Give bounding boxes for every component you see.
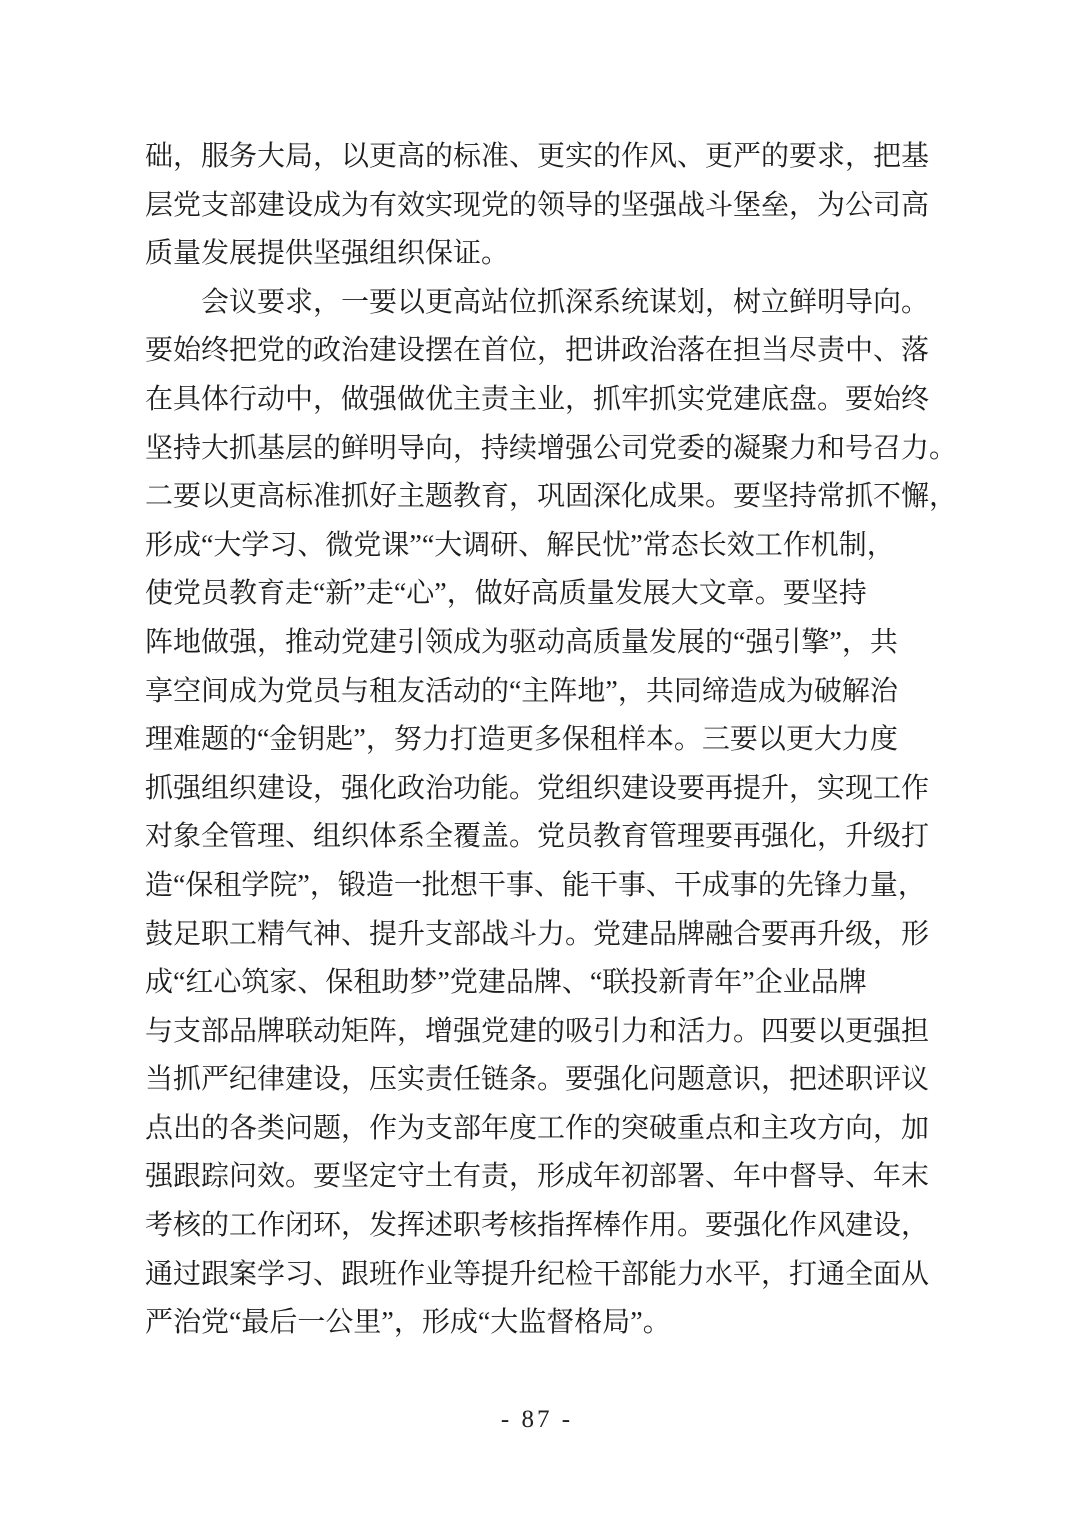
document-body: 础，服务大局，以更高的标准、更实的作风、更严的要求，把基层党支部建设成为有效实现… (145, 133, 935, 1348)
text-line: 二要以更高标准抓好主题教育，巩固深化成果。要坚持常抓不懈， (145, 473, 935, 522)
text-line: 理难题的“金钥匙”，努力打造更多保租样本。三要以更大力度 (145, 716, 935, 765)
text-line: 强跟踪问效。要坚定守土有责，形成年初部署、年中督导、年末 (145, 1153, 935, 1202)
text-line: 对象全管理、组织体系全覆盖。党员教育管理要再强化，升级打 (145, 813, 935, 862)
text-line: 使党员教育走“新”走“心”，做好高质量发展大文章。要坚持 (145, 570, 935, 619)
text-line: 造“保租学院”，锻造一批想干事、能干事、干成事的先锋力量， (145, 862, 935, 911)
text-line: 当抓严纪律建设，压实责任链条。要强化问题意识，把述职评议 (145, 1056, 935, 1105)
text-line: 在具体行动中，做强做优主责主业，抓牢抓实党建底盘。要始终 (145, 376, 935, 425)
text-line: 质量发展提供坚强组织保证。 (145, 230, 935, 279)
text-line: 要始终把党的政治建设摆在首位，把讲政治落在担当尽责中、落 (145, 327, 935, 376)
text-line: 鼓足职工精气神、提升支部战斗力。党建品牌融合要再升级，形 (145, 911, 935, 960)
text-line: 与支部品牌联动矩阵，增强党建的吸引力和活力。四要以更强担 (145, 1008, 935, 1057)
text-line: 严治党“最后一公里”，形成“大监督格局”。 (145, 1299, 935, 1348)
text-line: 通过跟案学习、跟班作业等提升纪检干部能力水平，打通全面从 (145, 1251, 935, 1300)
text-line: 形成“大学习、微党课”“大调研、解民忧”常态长效工作机制， (145, 522, 935, 571)
text-line: 坚持大抓基层的鲜明导向，持续增强公司党委的凝聚力和号召力。 (145, 425, 935, 474)
text-line: 享空间成为党员与租友活动的“主阵地”，共同缔造成为破解治 (145, 668, 935, 717)
text-line: 会议要求，一要以更高站位抓深系统谋划，树立鲜明导向。 (145, 279, 935, 328)
text-line: 础，服务大局，以更高的标准、更实的作风、更严的要求，把基 (145, 133, 935, 182)
text-line: 点出的各类问题，作为支部年度工作的突破重点和主攻方向，加 (145, 1105, 935, 1154)
text-line: 层党支部建设成为有效实现党的领导的坚强战斗堡垒，为公司高 (145, 182, 935, 231)
text-line: 抓强组织建设，强化政治功能。党组织建设要再提升，实现工作 (145, 765, 935, 814)
text-line: 成“红心筑家、保租助梦”党建品牌、“联投新青年”企业品牌 (145, 959, 935, 1008)
text-line: 考核的工作闭环，发挥述职考核指挥棒作用。要强化作风建设， (145, 1202, 935, 1251)
page-number: - 87 - (0, 1406, 1074, 1434)
text-line: 阵地做强，推动党建引领成为驱动高质量发展的“强引擎”，共 (145, 619, 935, 668)
document-page: 础，服务大局，以更高的标准、更实的作风、更严的要求，把基层党支部建设成为有效实现… (0, 0, 1074, 1520)
